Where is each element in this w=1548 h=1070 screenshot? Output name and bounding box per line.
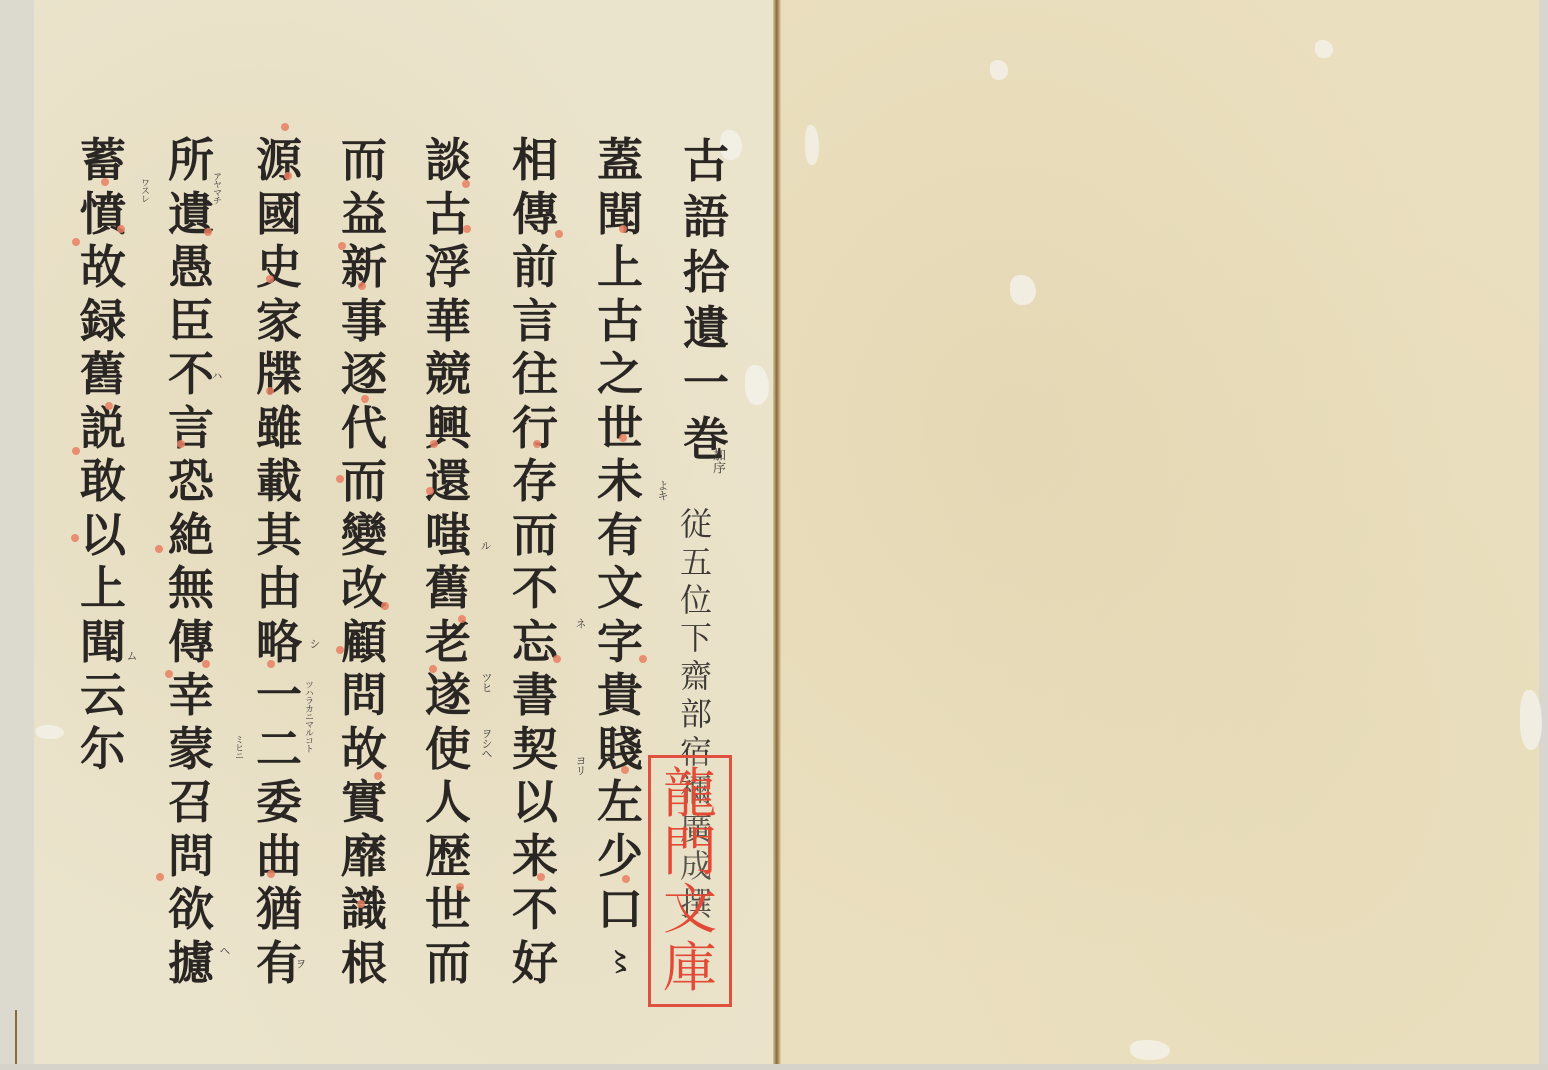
author-char: 位 <box>680 581 712 619</box>
punctuation-dot <box>533 440 541 448</box>
text-char: 尓 <box>80 723 126 777</box>
text-char: 識 <box>341 883 387 937</box>
furigana: ム <box>123 650 139 660</box>
text-column-1: 蓋 聞 上 古 之 世 未 有 文 字 貴 賤 左 少 口 〻 <box>597 134 643 990</box>
punctuation-dot <box>456 883 464 891</box>
title-char: 古 <box>683 134 729 190</box>
paper-fleck <box>36 725 64 739</box>
text-char: 而 <box>341 455 387 509</box>
text-char: 古 <box>425 188 471 242</box>
furigana: ミヒニ <box>232 735 245 759</box>
text-char: 變 <box>341 509 387 563</box>
text-char: 人 <box>425 776 471 830</box>
text-char: 聞 <box>597 188 643 242</box>
right-page-blank <box>779 0 1541 1070</box>
punctuation-dot <box>358 282 366 290</box>
text-char: 靡 <box>341 830 387 884</box>
text-char: 言 <box>512 295 558 349</box>
text-char: 由 <box>256 562 302 616</box>
text-char: 故 <box>80 241 126 295</box>
text-char: 憤 <box>80 188 126 242</box>
text-char: 實 <box>341 776 387 830</box>
text-char: 蓋 <box>597 134 643 188</box>
punctuation-dot <box>202 660 210 668</box>
title-char: 語 <box>683 190 729 246</box>
text-char: 書 <box>512 669 558 723</box>
punctuation-dot <box>619 225 627 233</box>
text-char: 貴 <box>597 669 643 723</box>
furigana: ヨリ <box>572 755 588 775</box>
punctuation-dot <box>177 440 185 448</box>
punctuation-dot <box>462 180 470 188</box>
text-char: 欲 <box>168 883 214 937</box>
text-char: 説 <box>80 402 126 456</box>
punctuation-dot <box>537 873 545 881</box>
punctuation-dot <box>381 602 389 610</box>
punctuation-dot <box>361 395 369 403</box>
center-fold <box>773 0 781 1070</box>
punctuation-dot <box>429 665 437 673</box>
text-char: 國 <box>256 188 302 242</box>
author-char: 齋 <box>680 657 712 695</box>
text-char: 幸 <box>168 669 214 723</box>
paper-fleck <box>1010 275 1036 305</box>
text-char: 代 <box>341 402 387 456</box>
text-char: 蒙 <box>168 723 214 777</box>
text-char: 〻 <box>607 937 633 991</box>
book-spread: 古 語 拾 遺 一 巻 加序 従 五 位 下 齋 部 宿 禰 廣 成 撰 龍 門… <box>0 0 1548 1070</box>
text-char: 絶 <box>168 509 214 563</box>
text-char: 不 <box>512 883 558 937</box>
text-char: 左 <box>597 776 643 830</box>
text-char: 前 <box>512 241 558 295</box>
text-char: 舊 <box>425 562 471 616</box>
text-char: 来 <box>512 830 558 884</box>
text-char: 歴 <box>425 830 471 884</box>
text-char: 以 <box>80 509 126 563</box>
text-char: 傳 <box>512 188 558 242</box>
punctuation-dot <box>284 172 292 180</box>
furigana: ネ <box>572 618 588 628</box>
text-column-2: 相 傳 前 言 往 行 存 而 不 忘 書 契 以 来 不 好 <box>512 134 558 990</box>
text-char: 不 <box>512 562 558 616</box>
text-char: 益 <box>341 188 387 242</box>
punctuation-dot <box>463 225 471 233</box>
text-column-6: 所 遺 愚 臣 不 言 恐 絶 無 傳 幸 蒙 召 問 欲 攄 <box>168 134 214 990</box>
text-char: 委 <box>256 776 302 830</box>
text-char: 曲 <box>256 830 302 884</box>
author-char: 従 <box>680 505 712 543</box>
seal-char: 庫 <box>663 939 717 997</box>
library-seal-stamp: 龍 門 文 庫 <box>648 755 732 1007</box>
punctuation-dot <box>357 900 365 908</box>
punctuation-dot <box>267 660 275 668</box>
text-char: 故 <box>341 723 387 777</box>
text-char: 攄 <box>168 937 214 991</box>
text-char: 録 <box>80 295 126 349</box>
text-char: 載 <box>256 455 302 509</box>
title-char: 遺 <box>683 301 729 357</box>
punctuation-dot <box>72 238 80 246</box>
furigana: シ <box>306 638 322 648</box>
text-char: 無 <box>168 562 214 616</box>
text-char: 老 <box>425 616 471 670</box>
furigana: よキ <box>654 480 670 500</box>
punctuation-dot <box>204 228 212 236</box>
text-char: 口 <box>597 883 643 937</box>
seal-char: 文 <box>663 881 717 939</box>
punctuation-dot <box>639 655 647 663</box>
text-char: 之 <box>597 348 643 402</box>
title-column: 古 語 拾 遺 一 巻 <box>683 134 729 467</box>
text-char: 契 <box>512 723 558 777</box>
text-char: 上 <box>597 241 643 295</box>
furigana: ツハラカニマルコト <box>302 680 315 752</box>
punctuation-dot <box>374 772 382 780</box>
text-char: 問 <box>341 669 387 723</box>
text-char: 召 <box>168 776 214 830</box>
text-char: 而 <box>341 134 387 188</box>
text-char: 臣 <box>168 295 214 349</box>
furigana: ヘ <box>216 945 232 955</box>
text-char: 所 <box>168 134 214 188</box>
punctuation-dot <box>621 766 629 774</box>
text-char: 敢 <box>80 455 126 509</box>
furigana: ル <box>477 540 493 550</box>
text-char: 存 <box>512 455 558 509</box>
punctuation-dot <box>430 440 438 448</box>
furigana: ヲ <box>292 958 308 968</box>
text-char: 還 <box>425 455 471 509</box>
paper-fleck <box>990 60 1008 80</box>
paper-fleck <box>745 365 769 405</box>
seal-char: 龍 <box>663 765 717 823</box>
text-char: 華 <box>425 295 471 349</box>
punctuation-dot <box>281 123 289 131</box>
text-char: 世 <box>425 883 471 937</box>
punctuation-dot <box>338 242 346 250</box>
text-char: 舊 <box>80 348 126 402</box>
text-char: 相 <box>512 134 558 188</box>
text-char: 字 <box>597 616 643 670</box>
text-char: 顧 <box>341 616 387 670</box>
text-char: 浮 <box>425 241 471 295</box>
scan-border-right <box>1539 0 1548 1070</box>
punctuation-dot <box>266 275 274 283</box>
seal-char: 門 <box>663 823 717 881</box>
punctuation-dot <box>458 615 466 623</box>
paper-fleck <box>1315 40 1333 58</box>
text-char: 二 <box>256 723 302 777</box>
punctuation-dot <box>426 487 434 495</box>
text-char: 根 <box>341 937 387 991</box>
text-char: 一 <box>256 669 302 723</box>
punctuation-dot <box>266 387 274 395</box>
text-char: 以 <box>512 776 558 830</box>
text-char: 古 <box>597 295 643 349</box>
punctuation-dot <box>155 545 163 553</box>
text-char: 愚 <box>168 241 214 295</box>
text-char: 言 <box>168 402 214 456</box>
punctuation-dot <box>156 873 164 881</box>
text-char: 恐 <box>168 455 214 509</box>
furigana: ヲシヘ <box>478 728 494 758</box>
text-char: 未 <box>597 455 643 509</box>
punctuation-dot <box>72 447 80 455</box>
text-char: 聞 <box>80 616 126 670</box>
text-char: 賤 <box>597 723 643 777</box>
text-char: 少 <box>597 830 643 884</box>
text-char: 忘 <box>512 616 558 670</box>
text-char: 而 <box>425 937 471 991</box>
punctuation-dot <box>71 534 79 542</box>
text-char: 上 <box>80 562 126 616</box>
binding-thread <box>15 1010 21 1065</box>
text-char: 世 <box>597 402 643 456</box>
text-char: 往 <box>512 348 558 402</box>
paper-fleck <box>805 125 819 165</box>
text-char: 使 <box>425 723 471 777</box>
author-char: 五 <box>680 543 712 581</box>
title-char: 一 <box>683 356 729 412</box>
author-char: 下 <box>680 619 712 657</box>
text-char: 嗤 <box>425 509 471 563</box>
punctuation-dot <box>336 646 344 654</box>
furigana: ハ <box>208 370 224 380</box>
text-char: 源 <box>256 134 302 188</box>
text-column-3: 談 古 浮 華 競 興 還 嗤 舊 老 遂 使 人 歴 世 而 <box>425 134 471 990</box>
punctuation-dot <box>105 402 113 410</box>
text-char: 略 <box>256 616 302 670</box>
punctuation-dot <box>165 670 173 678</box>
author-char: 部 <box>680 695 712 733</box>
furigana: アヤマチ <box>210 172 223 204</box>
text-char: 改 <box>341 562 387 616</box>
text-char: 有 <box>597 509 643 563</box>
title-annotation: 加序 <box>708 448 727 474</box>
text-char: 競 <box>425 348 471 402</box>
text-column-5: 源 國 史 家 牒 雖 載 其 由 略 一 二 委 曲 猶 有 <box>256 134 302 990</box>
punctuation-dot <box>117 225 125 233</box>
text-column-4: 而 益 新 事 逐 代 而 變 改 顧 問 故 實 靡 識 根 <box>341 134 387 990</box>
punctuation-dot <box>336 475 344 483</box>
text-char: 遂 <box>425 669 471 723</box>
furigana: ワスレ <box>138 178 151 202</box>
text-char: 云 <box>80 669 126 723</box>
punctuation-dot <box>553 655 561 663</box>
scan-border-bottom <box>0 1064 1548 1070</box>
text-char: 文 <box>597 562 643 616</box>
text-char: 家 <box>256 295 302 349</box>
text-char: 其 <box>256 509 302 563</box>
text-char: 雖 <box>256 402 302 456</box>
punctuation-dot <box>101 178 109 186</box>
punctuation-dot <box>267 870 275 878</box>
punctuation-dot <box>555 230 563 238</box>
text-char: 史 <box>256 241 302 295</box>
title-char: 拾 <box>683 245 729 301</box>
text-char: 好 <box>512 937 558 991</box>
punctuation-dot <box>622 875 630 883</box>
text-char: 事 <box>341 295 387 349</box>
punctuation-dot <box>619 434 627 442</box>
text-char: 問 <box>168 830 214 884</box>
text-char: 而 <box>512 509 558 563</box>
paper-fleck <box>1130 1040 1170 1060</box>
text-char: 逐 <box>341 348 387 402</box>
text-char: 猶 <box>256 883 302 937</box>
text-char: 牒 <box>256 348 302 402</box>
furigana: ツヒ <box>478 672 494 692</box>
